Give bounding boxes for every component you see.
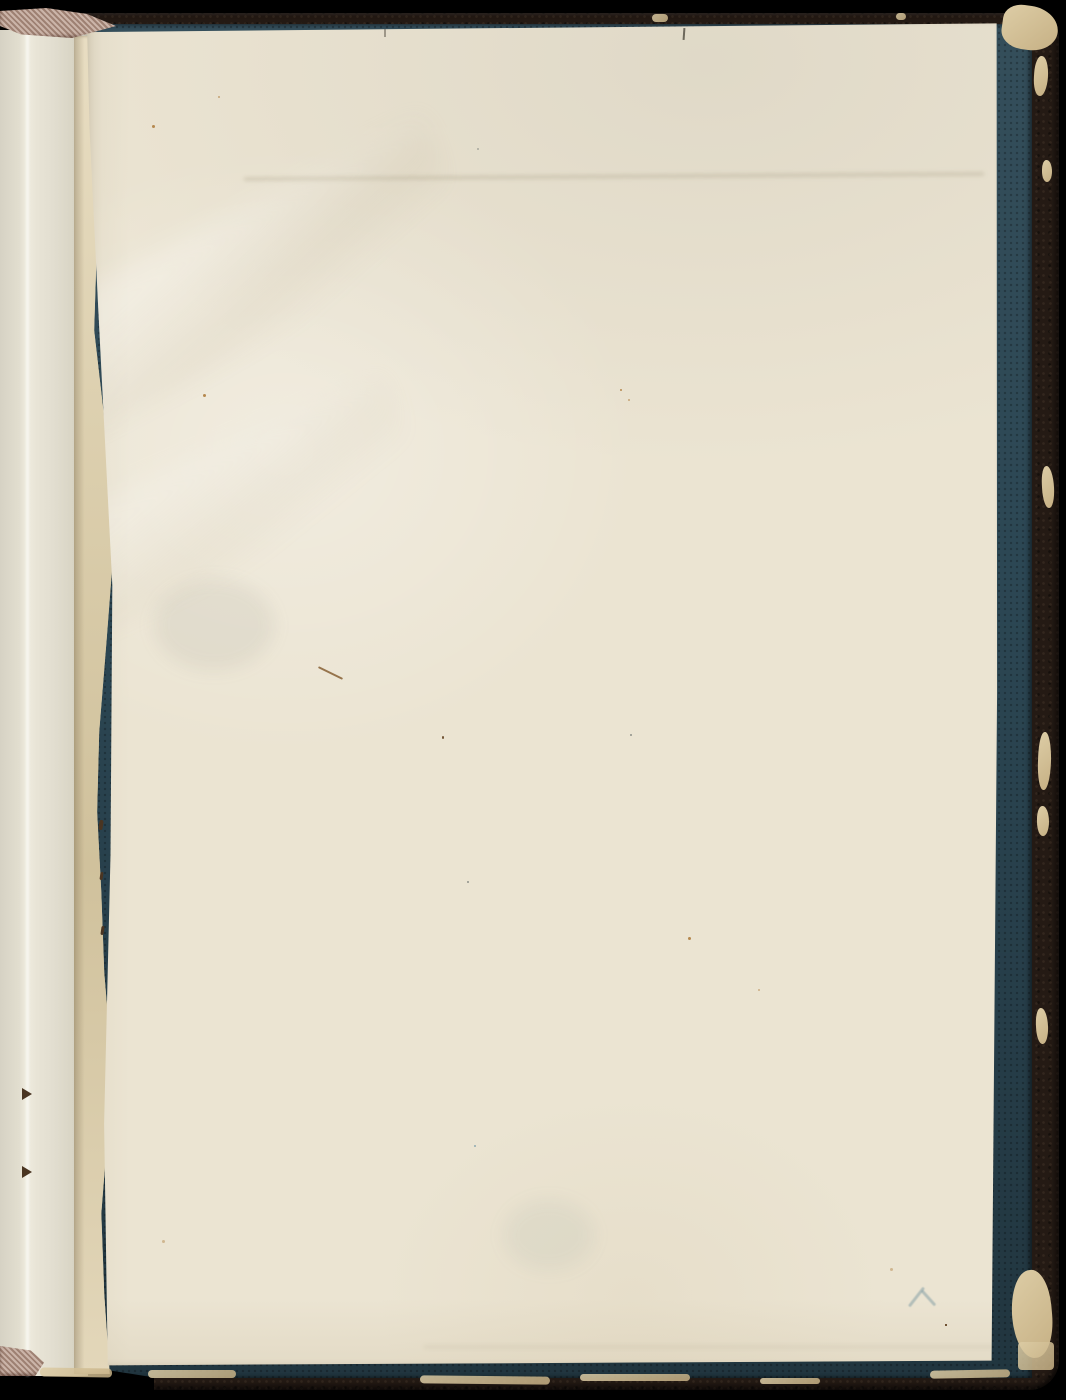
dust-speck [630,734,632,736]
cover-wear-bottom-right [1018,1342,1054,1370]
cover-wear-top-edge [896,13,906,20]
cover-wear-nick [1042,160,1052,182]
dust-speck [628,399,630,401]
cover-wear-bottom-edge [40,1367,112,1377]
scratch-mark [318,666,343,680]
blue-pencil-mark [921,1290,937,1307]
dust-speck [620,389,622,391]
dust-speck [688,937,691,940]
dust-speck [203,394,206,397]
dust-speck [152,125,155,128]
dust-speck [442,736,444,739]
cover-wear-nick [1037,806,1049,836]
dust-speck [758,989,760,991]
cover-wear-bottom-edge [930,1369,1010,1378]
page-crease [424,1346,1024,1348]
page-smudge [154,580,274,670]
cover-wear-bottom-edge [420,1375,550,1384]
dust-speck [890,1268,893,1271]
dust-speck [162,1240,165,1243]
dust-speck [477,148,479,150]
page-smudge [504,1200,594,1270]
cover-wear-bottom-edge [760,1378,820,1384]
dust-speck [218,96,220,98]
dust-speck [945,1324,947,1326]
cover-wear-bottom-edge [148,1370,236,1378]
blank-book-page [84,20,998,1366]
fiber-hair [384,29,386,37]
fiber-hair [683,28,686,40]
scan-stage: book-scan [0,0,1066,1400]
cover-wear-bottom-edge [580,1374,690,1381]
cover-wear-top-edge [652,14,668,22]
dust-speck [467,881,469,883]
dust-speck [474,1145,476,1147]
